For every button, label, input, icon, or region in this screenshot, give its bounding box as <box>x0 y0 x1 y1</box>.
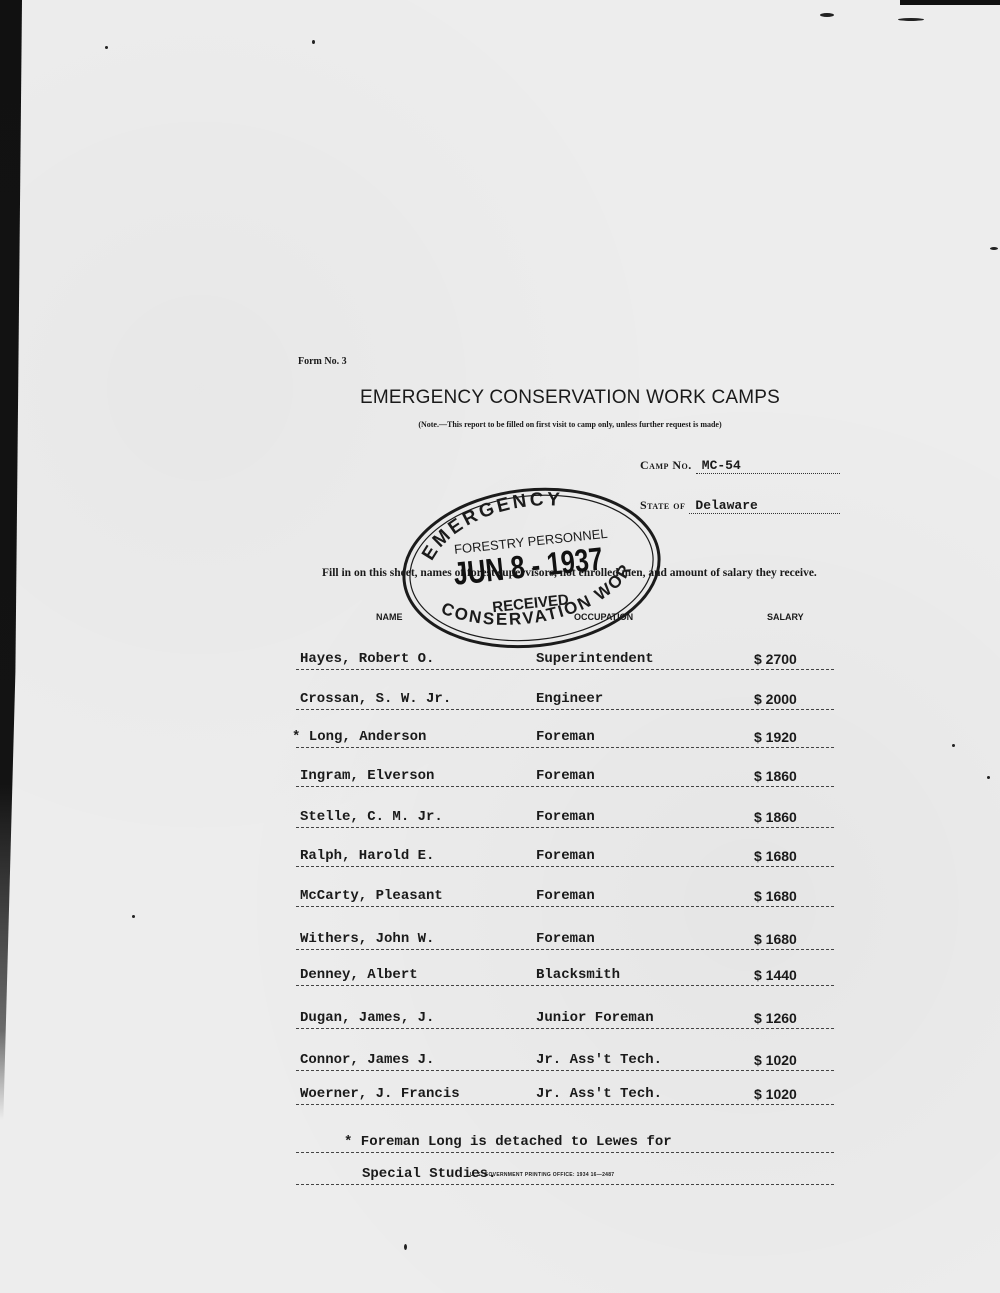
speck <box>952 744 955 747</box>
form-number: Form No. 3 <box>298 356 347 367</box>
speck <box>404 1244 407 1250</box>
table-row: Dugan, James, J. Junior Foreman $ 1260 <box>296 1006 834 1029</box>
cell-name: Woerner, J. Francis <box>300 1086 460 1102</box>
state-field: State of Delaware <box>640 498 840 514</box>
printer-imprint: U. S. GOVERNMENT PRINTING OFFICE: 1934 1… <box>470 1172 614 1178</box>
column-header-occupation: OCCUPATION <box>574 612 633 622</box>
column-header-salary: SALARY <box>767 612 804 622</box>
scan-edge-shadow <box>0 0 22 1120</box>
speck <box>820 13 834 17</box>
cell-occupation: Junior Foreman <box>536 1010 654 1026</box>
form-note: (Note.—This report to be filled on first… <box>300 420 840 429</box>
cell-name: * Long, Anderson <box>292 729 426 745</box>
table-row: * Long, Anderson Foreman $ 1920 <box>296 725 834 748</box>
table-row: Woerner, J. Francis Jr. Ass't Tech. $ 10… <box>296 1082 834 1105</box>
cell-name: Stelle, C. M. Jr. <box>300 809 443 825</box>
table-row: Stelle, C. M. Jr. Foreman $ 1860 <box>296 805 834 828</box>
svg-text:EMERGENCY: EMERGENCY <box>413 487 570 566</box>
cell-salary: $ 2000 <box>754 691 797 707</box>
cell-salary: $ 2700 <box>754 651 797 667</box>
cell-occupation: Foreman <box>536 729 595 745</box>
cell-salary: $ 1920 <box>754 729 797 745</box>
cell-name: McCarty, Pleasant <box>300 888 443 904</box>
cell-occupation: Jr. Ass't Tech. <box>536 1052 662 1068</box>
cell-occupation: Foreman <box>536 931 595 947</box>
table-row: Withers, John W. Foreman $ 1680 <box>296 927 834 950</box>
camp-number-label: Camp No. <box>640 458 692 473</box>
stamp-received: RECEIVED <box>492 591 570 616</box>
cell-occupation: Superintendent <box>536 651 654 667</box>
cell-name: Dugan, James, J. <box>300 1010 434 1026</box>
table-row: Hayes, Robert O. Superintendent $ 2700 <box>296 647 834 670</box>
scanned-page: Form No. 3 EMERGENCY CONSERVATION WORK C… <box>0 0 1000 1293</box>
cell-occupation: Jr. Ass't Tech. <box>536 1086 662 1102</box>
table-row: Ingram, Elverson Foreman $ 1860 <box>296 764 834 787</box>
camp-number-value: MC-54 <box>696 458 840 474</box>
cell-name: Hayes, Robert O. <box>300 651 434 667</box>
form-title: EMERGENCY CONSERVATION WORK CAMPS <box>300 387 840 409</box>
state-label: State of <box>640 498 685 513</box>
received-stamp: EMERGENCY FORESTRY PERSONNEL JUN 8 - 193… <box>390 465 671 662</box>
speck <box>312 40 315 44</box>
cell-salary: $ 1860 <box>754 809 797 825</box>
footnote-text-1: * Foreman Long is detached to Lewes for <box>344 1134 672 1150</box>
cell-salary: $ 1020 <box>754 1086 797 1102</box>
table-row: Connor, James J. Jr. Ass't Tech. $ 1020 <box>296 1048 834 1071</box>
speck <box>898 18 924 21</box>
cell-salary: $ 1860 <box>754 768 797 784</box>
table-row: McCarty, Pleasant Foreman $ 1680 <box>296 884 834 907</box>
cell-occupation: Engineer <box>536 691 603 707</box>
cell-name: Connor, James J. <box>300 1052 434 1068</box>
instructions-text: Fill in on this sheet, names of forest s… <box>298 566 843 581</box>
cell-salary: $ 1680 <box>754 848 797 864</box>
table-row: Denney, Albert Blacksmith $ 1440 <box>296 963 834 986</box>
cell-occupation: Foreman <box>536 888 595 904</box>
speck <box>132 915 135 918</box>
state-value: Delaware <box>689 498 840 514</box>
speck <box>990 247 998 250</box>
cell-occupation: Foreman <box>536 768 595 784</box>
camp-number-field: Camp No. MC-54 <box>640 458 840 474</box>
stamp-top-text: EMERGENCY <box>413 487 570 566</box>
table-row: Ralph, Harold E. Foreman $ 1680 <box>296 844 834 867</box>
stamp-line1: FORESTRY PERSONNEL <box>453 526 608 557</box>
column-header-name: NAME <box>376 612 403 622</box>
cell-salary: $ 1260 <box>754 1010 797 1026</box>
cell-name: Denney, Albert <box>300 967 418 983</box>
speck <box>105 46 108 49</box>
cell-name: Ralph, Harold E. <box>300 848 434 864</box>
cell-salary: $ 1020 <box>754 1052 797 1068</box>
footnote-line-1: * Foreman Long is detached to Lewes for <box>296 1130 834 1153</box>
cell-salary: $ 1680 <box>754 931 797 947</box>
cell-salary: $ 1680 <box>754 888 797 904</box>
cell-name: Ingram, Elverson <box>300 768 434 784</box>
cell-occupation: Foreman <box>536 809 595 825</box>
speck <box>987 776 990 779</box>
cell-name: Crossan, S. W. Jr. <box>300 691 451 707</box>
cell-salary: $ 1440 <box>754 967 797 983</box>
cell-name: Withers, John W. <box>300 931 434 947</box>
table-row: Crossan, S. W. Jr. Engineer $ 2000 <box>296 687 834 710</box>
cell-occupation: Foreman <box>536 848 595 864</box>
cell-occupation: Blacksmith <box>536 967 620 983</box>
scan-top-edge <box>900 0 1000 5</box>
